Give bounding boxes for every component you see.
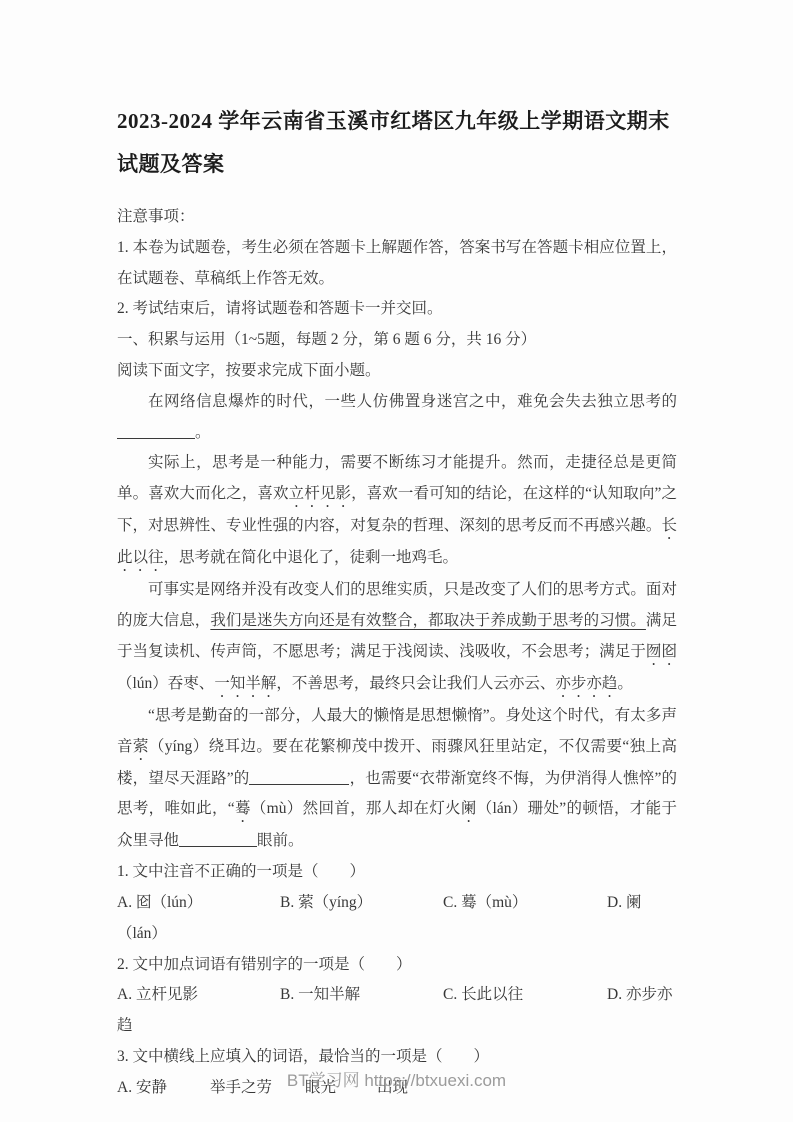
text-segment: 阅读下面文字，按要求完成下面小题。 bbox=[117, 362, 381, 379]
text-segment: （lán） bbox=[117, 925, 167, 942]
option-item: A. 立杆见影 bbox=[117, 980, 280, 1011]
text-segment: 注意事项： bbox=[117, 208, 195, 225]
notice-item-1: 1. 本卷为试题卷，考生必须在答题卡上解题作答，答案书写在答题卡相应位置上，在试… bbox=[117, 233, 677, 295]
option-item: C. 长此以往 bbox=[443, 980, 607, 1011]
emphasized-text: 囫囵 bbox=[646, 643, 677, 660]
text-segment: 。 bbox=[195, 424, 211, 441]
emphasized-text: 一知半解 bbox=[214, 675, 276, 692]
text-segment: 。 bbox=[617, 675, 633, 692]
question-2-option-d-wrap: 趋 bbox=[117, 1011, 677, 1042]
text-segment: ，不善思考，最终只会让我们人云亦云、 bbox=[276, 675, 555, 692]
text-segment: 1. 文中注音不正确的一项是（ ） bbox=[117, 863, 365, 880]
text-segment: 趋 bbox=[117, 1017, 133, 1034]
blank-underline bbox=[249, 768, 349, 785]
underlined-text: 我们是迷失方向还是有效整合，都取决于养成勤于思考的习惯。 bbox=[210, 612, 646, 629]
text-segment: 1. 本卷为试题卷，考生必须在答题卡上解题作答，答案书写在答题卡相应位置上，在试… bbox=[117, 239, 677, 287]
blank-underline bbox=[179, 831, 257, 848]
document-title: 2023-2024 学年云南省玉溪市红塔区九年级上学期语文期末 试题及答案 bbox=[117, 100, 677, 186]
exam-document-page: 2023-2024 学年云南省玉溪市红塔区九年级上学期语文期末 试题及答案 注意… bbox=[117, 100, 677, 1104]
emphasized-text: 阑 bbox=[461, 800, 477, 817]
passage-paragraph-2: 实际上，思考是一种能力，需要不断练习才能提升。然而，走捷径总是更简单。喜欢大而化… bbox=[117, 448, 677, 575]
option-item: B. 萦（yíng） bbox=[280, 888, 443, 919]
option-item: B. 一知半解 bbox=[280, 980, 443, 1011]
section-heading: 一、积累与运用（1~5题，每题 2 分，第 6 题 6 分，共 16 分） bbox=[117, 325, 677, 356]
text-segment: 一、积累与运用（1~5题，每题 2 分，第 6 题 6 分，共 16 分） bbox=[117, 331, 536, 348]
question-2-options: A. 立杆见影B. 一知半解C. 长此以往D. 亦步亦 bbox=[117, 980, 677, 1011]
reading-instruction: 阅读下面文字，按要求完成下面小题。 bbox=[117, 356, 677, 387]
text-segment: 2. 考试结束后，请将试题卷和答题卡一并交回。 bbox=[117, 300, 443, 317]
document-title-line-1: 2023-2024 学年云南省玉溪市红塔区九年级上学期语文期末 bbox=[117, 100, 677, 143]
emphasized-text: 蓦 bbox=[235, 800, 251, 817]
text-segment: 2. 文中加点词语有错别字的一项是（ ） bbox=[117, 956, 412, 973]
question-1: 1. 文中注音不正确的一项是（ ） bbox=[117, 857, 677, 888]
question-1-option-d-wrap: （lán） bbox=[117, 919, 677, 950]
passage-paragraph-1: 在网络信息爆炸的时代，一些人仿佛置身迷宫之中，难免会失去独立思考的。 bbox=[117, 387, 677, 449]
notice-item-2: 2. 考试结束后，请将试题卷和答题卡一并交回。 bbox=[117, 294, 677, 325]
text-segment: ，思考就在简化中退化了，徒剩一地鸡毛。 bbox=[164, 549, 459, 566]
watermark-text: BT学习网 https://btxuexi.com bbox=[287, 1071, 506, 1090]
emphasized-text: 萦 bbox=[133, 738, 149, 755]
text-segment: （mù）然回首，那人却在灯火 bbox=[251, 800, 461, 817]
text-segment: （lún）吞枣、 bbox=[117, 675, 214, 692]
passage-paragraph-4: “思考是勤奋的一部分，人最大的懒惰是思想懒惰”。身处这个时代，有太多声音萦（yí… bbox=[117, 701, 677, 857]
document-title-line-2: 试题及答案 bbox=[117, 143, 677, 186]
blank-underline bbox=[117, 422, 195, 439]
question-2: 2. 文中加点词语有错别字的一项是（ ） bbox=[117, 950, 677, 981]
option-item: A. 囵（lún） bbox=[117, 888, 280, 919]
text-segment: 3. 文中横线上应填入的词语，最恰当的一项是（ ） bbox=[117, 1048, 489, 1065]
option-item: C. 蓦（mù） bbox=[443, 888, 607, 919]
notice-heading: 注意事项： bbox=[117, 202, 677, 233]
text-segment: 在网络信息爆炸的时代，一些人仿佛置身迷宫之中，难免会失去独立思考的 bbox=[148, 393, 677, 410]
document-body: 注意事项：1. 本卷为试题卷，考生必须在答题卡上解题作答，答案书写在答题卡相应位… bbox=[117, 202, 677, 1104]
emphasized-text: 立杆见影 bbox=[289, 485, 351, 502]
text-segment: 眼前。 bbox=[257, 832, 304, 849]
question-1-options: A. 囵（lún）B. 萦（yíng）C. 蓦（mù）D. 阑 bbox=[117, 888, 677, 919]
option-item: D. 亦步亦 bbox=[607, 980, 672, 1011]
watermark-footer: BT学习网 https://btxuexi.com bbox=[0, 1066, 793, 1091]
passage-paragraph-3: 可事实是网络并没有改变人们的思维实质，只是改变了人们的思考方式。面对的庞大信息，… bbox=[117, 575, 677, 701]
option-item: D. 阑 bbox=[607, 888, 641, 919]
emphasized-text: 亦步亦趋 bbox=[555, 675, 617, 692]
